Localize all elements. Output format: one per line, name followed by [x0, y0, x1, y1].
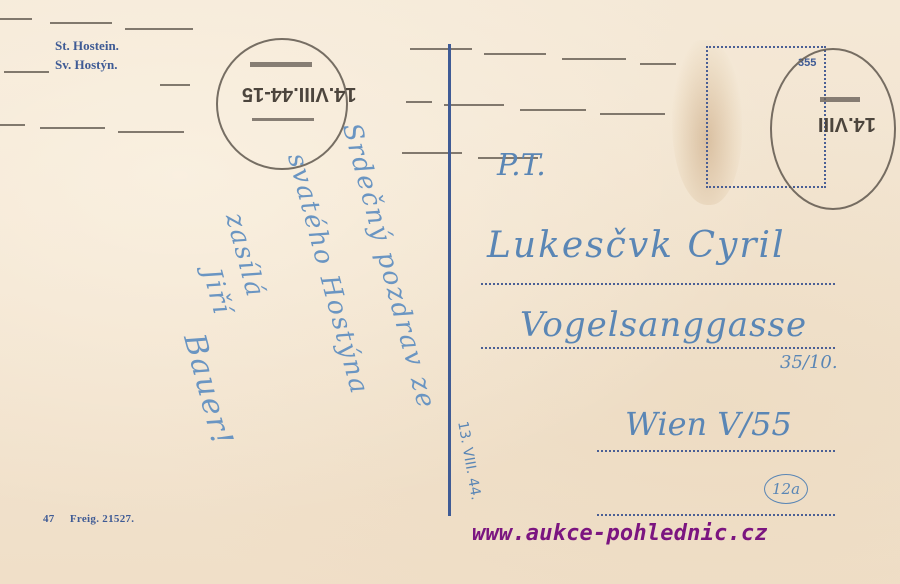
cancel-line — [118, 131, 184, 133]
sender-imprint: St. Hostein. Sv. Hostýn. — [55, 36, 119, 74]
cancel-line — [640, 63, 676, 65]
cancel-line — [40, 127, 105, 129]
address-house-number: 35/10. — [780, 352, 838, 373]
message-line: Bauer! — [176, 330, 240, 451]
cancel-line — [0, 124, 25, 126]
address-street: Vogelsanggasse — [520, 305, 807, 345]
cancel-line — [410, 48, 472, 50]
address-line — [597, 514, 835, 516]
cancel-line — [160, 84, 190, 86]
cancel-line — [125, 28, 193, 30]
cancel-line — [402, 152, 462, 154]
address-line — [481, 347, 835, 349]
address-divider — [448, 44, 451, 516]
cancel-line — [520, 109, 586, 111]
imprint-permit: Freig. 21527. — [70, 513, 135, 525]
cancel-line — [484, 53, 546, 55]
message-line: Jiří — [196, 265, 237, 319]
message-date: 13. VIII. 44. — [454, 420, 484, 501]
address-district: 12a — [764, 474, 808, 504]
watermark-link[interactable]: www.aukce-pohlednic.cz — [472, 521, 768, 546]
cancel-line — [50, 22, 112, 24]
postcard-back: St. Hostein. Sv. Hostýn. 14.VIII.44-15 3… — [0, 0, 900, 584]
postmark-date-right: 14.VIII — [818, 112, 876, 135]
postmark-bar — [820, 97, 860, 102]
cancel-line — [4, 71, 49, 73]
publisher-imprint: 47 Freig. 21527. — [43, 513, 134, 525]
cancel-line — [600, 113, 665, 115]
sender-line-2: Sv. Hostýn. — [55, 55, 119, 74]
cancel-line — [406, 101, 432, 103]
sender-line-1: St. Hostein. — [55, 36, 119, 55]
postmark-bar — [252, 118, 314, 121]
cancel-line — [0, 18, 32, 20]
address-line — [481, 283, 835, 285]
cancel-line — [562, 58, 626, 60]
imprint-number: 47 — [43, 513, 55, 525]
cancel-line — [444, 104, 504, 106]
address-name: Lukesčvk Cyril — [487, 225, 786, 266]
address-salutation: P.T. — [497, 148, 546, 183]
postmark-date-left: 14.VIII.44-15 — [242, 82, 357, 105]
address-line — [597, 450, 835, 452]
address-city: Wien V/55 — [625, 405, 792, 443]
postmark-bar — [250, 62, 312, 67]
